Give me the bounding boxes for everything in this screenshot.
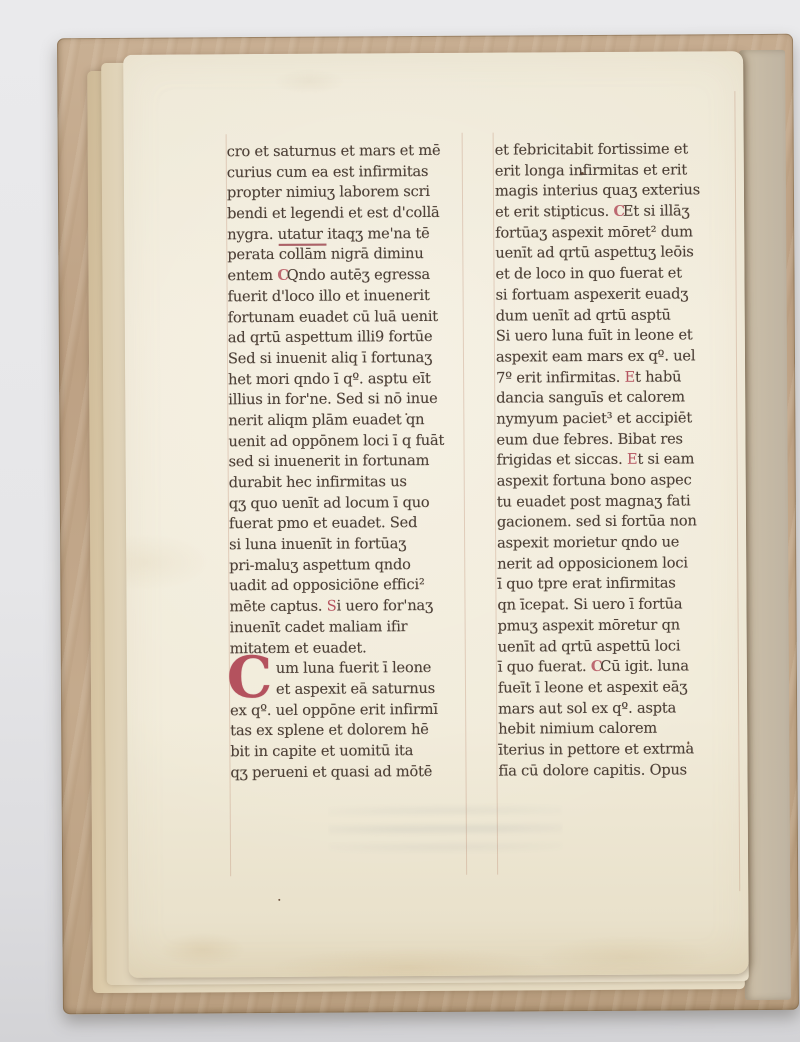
text-segment: cro et saturnus et mars et mē bbox=[227, 142, 441, 160]
text-segment: t habū bbox=[635, 368, 681, 385]
text-segment: mars aut sol ex qº. aspta bbox=[498, 699, 676, 717]
text-line: frigidas et siccas. Et si eam bbox=[497, 449, 739, 471]
text-segment: hebit nimium calorem bbox=[498, 720, 657, 738]
text-segment: eum due febres. Bibat res bbox=[496, 430, 682, 448]
text-segment: qʒ quo uenīt ad locum ī quo bbox=[229, 494, 430, 512]
text-segment: sed si inuenerit in fortunam bbox=[229, 452, 430, 470]
text-line: si luna inuenīt in fortūaʒ bbox=[229, 534, 469, 556]
rubric-paraph-mark: C bbox=[591, 658, 603, 675]
text-segment: Si uero luna fuīt in leone et bbox=[496, 327, 693, 345]
text-segment: et febricitabit fortissime et bbox=[495, 140, 688, 158]
text-segment: t si eam bbox=[637, 451, 694, 468]
text-line: nerit ad opposicionem loci bbox=[497, 553, 739, 575]
text-line: dum uenīt ad qrtū asptū bbox=[496, 305, 738, 327]
text-line: magis interius quaʒ exterius bbox=[495, 180, 737, 202]
text-segment: mēte captus. bbox=[229, 598, 326, 616]
text-segment: frigidas et siccas. bbox=[497, 451, 627, 469]
text-line: pmuʒ aspexit mōretur qn bbox=[498, 615, 740, 637]
text-segment: 7º erit infirmitas. bbox=[496, 368, 625, 386]
text-line: sed si inuenerit in fortunam bbox=[229, 451, 469, 473]
text-segment: entem bbox=[227, 267, 277, 284]
text-line: bendi et legendi et est d'collā bbox=[227, 203, 467, 225]
text-segment: Sed si inuenit aliq ī fortunaʒ bbox=[228, 349, 432, 367]
text-segment: īterius in pettore et extrma bbox=[498, 740, 694, 758]
text-line: qʒ quo uenīt ad locum ī quo bbox=[229, 492, 469, 514]
text-line: Si uero luna fuīt in leone et bbox=[496, 325, 738, 347]
rubric-letter: S bbox=[327, 598, 337, 615]
text-segment: nigrā diminu bbox=[326, 245, 423, 263]
text-line: bit in capite et uomitū ita bbox=[230, 741, 470, 763]
text-segment: qʒ perueni et quasi ad mōtē bbox=[230, 763, 432, 781]
text-line: Sed si inuenit aliq ī fortunaʒ bbox=[228, 348, 468, 370]
text-line: fortunam euadet cū luā uenit bbox=[228, 306, 468, 328]
text-line: illius in for'ne. Sed si nō inue bbox=[228, 389, 468, 411]
text-segment: Qndo autēʒ egressa bbox=[287, 266, 430, 284]
text-line: et febricitabit fortissime et bbox=[495, 139, 737, 161]
text-line: fuerit d'loco illo et inuenerit bbox=[228, 286, 468, 308]
text-segment: fueīt ī leone et aspexit eāʒ bbox=[498, 678, 687, 696]
text-line: si fortuam aspexerit euadʒ bbox=[496, 284, 738, 306]
text-segment: uenīt ad qrtū aspettuʒ leōis bbox=[495, 244, 693, 262]
text-segment: bit in capite et uomitū ita bbox=[230, 742, 413, 760]
text-segment: ad qrtū aspettum illi9 fortūe bbox=[228, 328, 433, 346]
text-line: nygra. utatur itaqʒ me'na tē bbox=[227, 224, 467, 246]
text-segment: inuenīt cadet maliam ifir bbox=[230, 618, 408, 636]
text-segment: dancia sanguīs et calorem bbox=[496, 389, 685, 407]
text-segment: Cū igit. luna bbox=[600, 658, 689, 676]
text-line: propter nimiuʒ laborem scri bbox=[227, 182, 467, 204]
text-segment: curius cum ea est infirmitas bbox=[227, 163, 429, 181]
manuscript-page: cro et saturnus et mars et mēcurius cum … bbox=[123, 51, 749, 978]
rubric-initial-C: C bbox=[227, 655, 273, 701]
text-segment: perata bbox=[227, 246, 279, 263]
text-line: aspexit morietur qndo ue bbox=[497, 532, 739, 554]
text-line: erit longa infirmitas et erit bbox=[495, 160, 737, 182]
text-segment: Et si illāʒ bbox=[623, 202, 690, 219]
text-segment: uenit ad oppōnem loci ī q fuāt bbox=[228, 432, 444, 450]
text-segment: fuerit d'loco illo et inuenerit bbox=[228, 287, 430, 305]
manuscript-book: cro et saturnus et mars et mēcurius cum … bbox=[57, 34, 799, 1014]
text-segment: um luna fuerit ī leone bbox=[276, 659, 431, 677]
text-segment: tu euadet post magnaʒ fati bbox=[497, 492, 691, 510]
text-segment: fortunam euadet cū luā uenit bbox=[228, 307, 438, 325]
text-line: īterius in pettore et extrma bbox=[498, 739, 740, 761]
text-line: uenīt ad qrtū aspettuʒ leōis bbox=[495, 243, 737, 265]
text-segment: propter nimiuʒ laborem scri bbox=[227, 183, 430, 201]
text-segment: qn īcepat. Si uero ī fortūa bbox=[497, 596, 682, 614]
text-segment: dum uenīt ad qrtū asptū bbox=[496, 306, 671, 324]
text-line: perata collām nigrā diminu bbox=[227, 244, 467, 266]
text-segment: ī quo fuerat. bbox=[498, 658, 591, 676]
text-segment: magis interius quaʒ exterius bbox=[495, 182, 700, 200]
text-segment: et de loco in quo fuerat et bbox=[495, 265, 682, 283]
text-segment: uenīt ad qrtū aspettū loci bbox=[498, 637, 681, 655]
text-line: uenit ad oppōnem loci ī q fuāt bbox=[228, 430, 468, 452]
text-line: qn īcepat. Si uero ī fortūa bbox=[497, 594, 739, 616]
text-line: ī quo tpre erat infirmitas bbox=[497, 574, 739, 596]
text-line: pri-maluʒ aspettum qndo bbox=[229, 554, 469, 576]
text-segment: uadit ad opposiciōne effici² bbox=[229, 576, 424, 594]
text-segment: fuerat pmo et euadet. Sed bbox=[229, 514, 417, 532]
text-line: eum due febres. Bibat res bbox=[496, 429, 738, 451]
text-line: fortūaʒ aspexit mōret² dum bbox=[495, 222, 737, 244]
rubric-letter: E bbox=[627, 451, 638, 468]
text-line: mēte captus. Si uero for'naʒ bbox=[229, 596, 469, 618]
text-segment: collām bbox=[279, 246, 327, 263]
text-line: fuerat pmo et euadet. Sed bbox=[229, 513, 469, 535]
text-segment: aspexit eam mars ex qº. uel bbox=[496, 347, 695, 365]
text-segment: nerit aliqm plām euadet qn bbox=[228, 411, 424, 429]
text-line: mars aut sol ex qº. aspta bbox=[498, 698, 740, 720]
text-line: aspexit eam mars ex qº. uel bbox=[496, 346, 738, 368]
text-segment: nymyum paciet³ et accipiēt bbox=[496, 409, 692, 427]
text-line: nymyum paciet³ et accipiēt bbox=[496, 408, 738, 430]
text-line: entem CQndo autēʒ egressa bbox=[227, 265, 467, 287]
text-segment: fortūaʒ aspexit mōret² dum bbox=[495, 223, 693, 241]
rubric-letter: E bbox=[625, 368, 636, 385]
text-line: ī quo fuerat. CCū igit. luna bbox=[498, 656, 740, 678]
text-line: et de loco in quo fuerat et bbox=[495, 263, 737, 285]
text-line: durabit hec infirmitas us bbox=[229, 472, 469, 494]
text-line: curius cum ea est infirmitas bbox=[227, 161, 467, 183]
text-segment: durabit hec infirmitas us bbox=[229, 473, 407, 491]
text-line: tu euadet post magnaʒ fati bbox=[497, 491, 739, 513]
text-line: hebit nimium calorem bbox=[498, 718, 740, 740]
text-segment: bendi et legendi et est d'collā bbox=[227, 204, 440, 222]
rubric-paraph-mark: C bbox=[277, 267, 289, 284]
text-segment: fīa cū dolore capitis. Opus bbox=[498, 761, 687, 779]
text-segment: et aspexit eā saturnus bbox=[276, 680, 435, 698]
text-segment: tas ex splene et dolorem hē bbox=[230, 721, 429, 739]
ink-speck bbox=[278, 899, 280, 901]
text-column-right: et febricitabit fortissime eterit longa … bbox=[495, 139, 741, 782]
text-line: qʒ perueni et quasi ad mōtē bbox=[230, 761, 470, 783]
rubric-paraph-mark: C bbox=[613, 203, 625, 220]
text-line: inuenīt cadet maliam ifir bbox=[230, 617, 470, 639]
text-segment: et erit stipticus. bbox=[495, 203, 613, 221]
photo-backdrop: cro et saturnus et mars et mēcurius cum … bbox=[0, 0, 800, 1042]
text-line: uenīt ad qrtū aspettū loci bbox=[498, 636, 740, 658]
text-segment: pmuʒ aspexit mōretur qn bbox=[498, 616, 680, 634]
text-line: fueīt ī leone et aspexit eāʒ bbox=[498, 677, 740, 699]
text-segment: pri-maluʒ aspettum qndo bbox=[229, 556, 411, 574]
text-line: cro et saturnus et mars et mē bbox=[227, 141, 467, 163]
text-segment: erit longa infirmitas et erit bbox=[495, 161, 687, 179]
text-segment: nygra. utatur itaqʒ me'na tē bbox=[227, 225, 429, 243]
text-segment: si luna inuenīt in fortūaʒ bbox=[229, 535, 406, 553]
text-segment: aspexit morietur qndo ue bbox=[497, 534, 679, 552]
text-segment: si fortuam aspexerit euadʒ bbox=[496, 285, 689, 303]
text-line: gacionem. sed si fortūa non bbox=[497, 511, 739, 533]
text-segment: ī quo tpre erat infirmitas bbox=[497, 575, 675, 593]
text-line: dancia sanguīs et calorem bbox=[496, 387, 738, 409]
text-line: 7º erit infirmitas. Et habū bbox=[496, 367, 738, 389]
show-through-smudge bbox=[328, 800, 563, 861]
text-segment: het mori qndo ī qº. asptu eīt bbox=[228, 370, 431, 388]
text-segment: aspexit fortuna bono aspec bbox=[497, 471, 692, 489]
text-line: fīa cū dolore capitis. Opus bbox=[498, 760, 740, 782]
text-line: nerit aliqm plām euadet qn bbox=[228, 410, 468, 432]
text-line: aspexit fortuna bono aspec bbox=[497, 470, 739, 492]
text-segment: gacionem. sed si fortūa non bbox=[497, 513, 697, 531]
text-line: ad qrtū aspettum illi9 fortūe bbox=[228, 327, 468, 349]
text-line: et erit stipticus. CEt si illāʒ bbox=[495, 201, 737, 223]
text-segment: nerit ad opposicionem loci bbox=[497, 554, 688, 572]
text-line: uadit ad opposiciōne effici² bbox=[229, 575, 469, 597]
text-segment: illius in for'ne. Sed si nō inue bbox=[228, 390, 437, 408]
text-segment: i uero for'naʒ bbox=[337, 597, 434, 615]
text-line: het mori qndo ī qº. asptu eīt bbox=[228, 368, 468, 390]
text-line: tas ex splene et dolorem hē bbox=[230, 720, 470, 742]
